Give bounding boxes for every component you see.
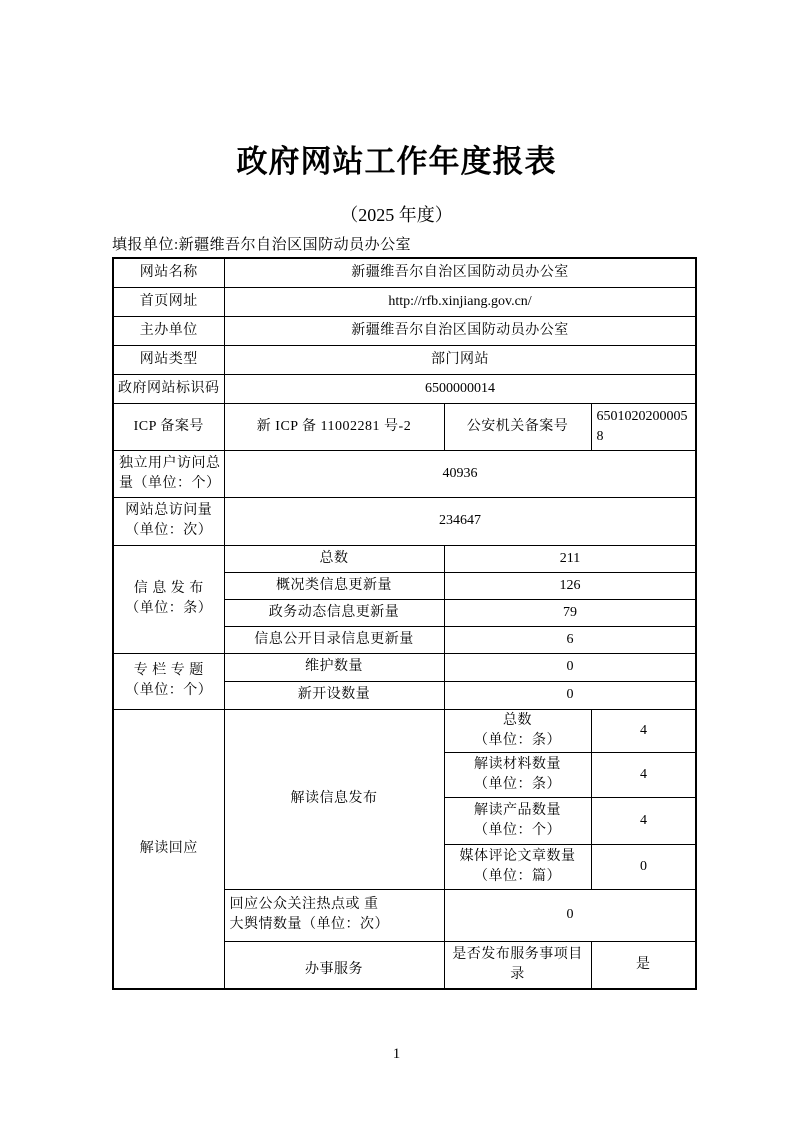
services-directory-label: 是否发布服务事项目录	[444, 941, 591, 989]
row-unique-visitors: 独立用户访问总 量（单位：个） 40936	[113, 450, 696, 497]
site-type-label: 网站类型	[113, 345, 224, 374]
services-group-label: 办事服务	[224, 941, 444, 989]
row-home-url: 首页网址 http://rfb.xinjiang.gov.cn/	[113, 287, 696, 316]
page-number: 1	[0, 1046, 793, 1063]
response-hotspots-label: 回应公众关注热点或 重 大舆情数量（单位：次）	[224, 889, 444, 941]
interpretation-media-label: 媒体评论文章数量 （单位：篇）	[444, 844, 591, 889]
interpretation-total-value: 4	[591, 709, 696, 752]
unique-visitors-label: 独立用户访问总 量（单位：个）	[113, 450, 224, 497]
page-title: 政府网站工作年度报表	[0, 144, 793, 180]
interpretation-materials-value: 4	[591, 752, 696, 797]
document-page: { "page": { "title": "政府网站工作年度报表", "subt…	[0, 0, 793, 1122]
row-special-topics-maintained: 专 栏 专 题 （单位：个） 维护数量 0	[113, 653, 696, 681]
row-icp: ICP 备案号 新 ICP 备 11002281 号-2 公安机关备案号 650…	[113, 403, 696, 450]
interpretation-materials-label: 解读材料数量 （单位：条）	[444, 752, 591, 797]
row-site-code: 政府网站标识码 6500000014	[113, 374, 696, 403]
special-topics-new-label: 新开设数量	[224, 681, 444, 709]
info-publish-overview-value: 126	[444, 572, 696, 599]
site-code-value: 6500000014	[224, 374, 696, 403]
reporting-unit: 填报单位:新疆维吾尔自治区国防动员办公室	[112, 235, 411, 255]
special-topics-maintained-label: 维护数量	[224, 653, 444, 681]
total-visits-value: 234647	[224, 497, 696, 545]
info-publish-overview-label: 概况类信息更新量	[224, 572, 444, 599]
interpretation-products-label: 解读产品数量 （单位：个）	[444, 797, 591, 844]
row-info-publish-total: 信 息 发 布 （单位：条） 总数 211	[113, 545, 696, 572]
row-total-visits: 网站总访问量 （单位：次） 234647	[113, 497, 696, 545]
site-name-value: 新疆维吾尔自治区国防动员办公室	[224, 258, 696, 287]
report-year-subtitle: （2025 年度）	[0, 204, 793, 226]
annual-report-table: 网站名称 新疆维吾尔自治区国防动员办公室 首页网址 http://rfb.xin…	[112, 257, 697, 990]
row-organizer: 主办单位 新疆维吾尔自治区国防动员办公室	[113, 316, 696, 345]
info-publish-group-label: 信 息 发 布 （单位：条）	[113, 545, 224, 653]
info-publish-dynamics-label: 政务动态信息更新量	[224, 599, 444, 626]
response-hotspots-value: 0	[444, 889, 696, 941]
interpretation-products-value: 4	[591, 797, 696, 844]
special-topics-group-label: 专 栏 专 题 （单位：个）	[113, 653, 224, 709]
special-topics-new-value: 0	[444, 681, 696, 709]
special-topics-maintained-value: 0	[444, 653, 696, 681]
home-url-value: http://rfb.xinjiang.gov.cn/	[224, 287, 696, 316]
row-interpretation-total: 解读回应 解读信息发布 总数 （单位：条） 4	[113, 709, 696, 752]
interpretation-total-label: 总数 （单位：条）	[444, 709, 591, 752]
site-name-label: 网站名称	[113, 258, 224, 287]
interpretation-publish-label: 解读信息发布	[224, 709, 444, 889]
row-site-type: 网站类型 部门网站	[113, 345, 696, 374]
info-publish-dynamics-value: 79	[444, 599, 696, 626]
interpretation-group-label: 解读回应	[113, 709, 224, 989]
organizer-label: 主办单位	[113, 316, 224, 345]
organizer-value: 新疆维吾尔自治区国防动员办公室	[224, 316, 696, 345]
total-visits-label: 网站总访问量 （单位：次）	[113, 497, 224, 545]
police-filing-label: 公安机关备案号	[444, 403, 591, 450]
site-code-label: 政府网站标识码	[113, 374, 224, 403]
interpretation-media-value: 0	[591, 844, 696, 889]
icp-value: 新 ICP 备 11002281 号-2	[224, 403, 444, 450]
site-type-value: 部门网站	[224, 345, 696, 374]
icp-label: ICP 备案号	[113, 403, 224, 450]
row-site-name: 网站名称 新疆维吾尔自治区国防动员办公室	[113, 258, 696, 287]
services-directory-value: 是	[591, 941, 696, 989]
info-publish-total-label: 总数	[224, 545, 444, 572]
home-url-label: 首页网址	[113, 287, 224, 316]
police-filing-value: 65010202000058	[591, 403, 696, 450]
info-publish-total-value: 211	[444, 545, 696, 572]
info-publish-directory-label: 信息公开目录信息更新量	[224, 626, 444, 653]
info-publish-directory-value: 6	[444, 626, 696, 653]
unique-visitors-value: 40936	[224, 450, 696, 497]
